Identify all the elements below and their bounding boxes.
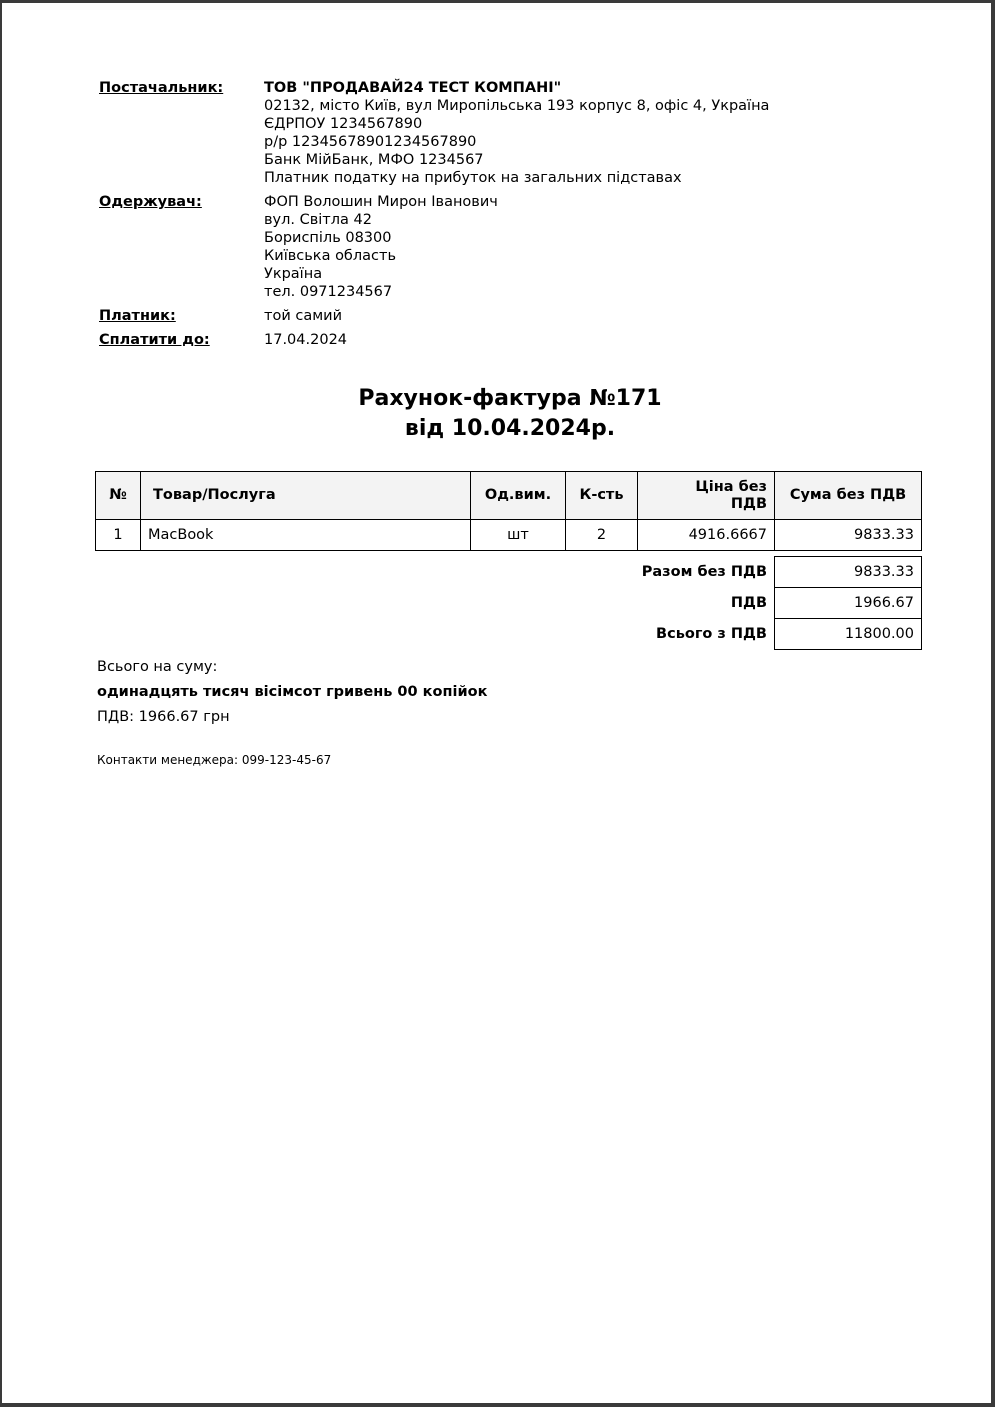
items-table: № Товар/Послуга Од.вим. К-сть Ціна без П… — [95, 471, 922, 551]
recipient-phone: тел. 0971234567 — [264, 283, 919, 301]
pay-until-value: 17.04.2024 — [264, 331, 919, 349]
col-price-label: Ціна без ПДВ — [687, 479, 767, 513]
supplier-account: р/р 12345678901234567890 — [264, 133, 919, 151]
total-row-subtotal: Разом без ПДВ 9833.33 — [602, 557, 922, 588]
pay-until-row: Сплатити до: 17.04.2024 — [99, 331, 919, 349]
supplier-edrpou: ЄДРПОУ 1234567890 — [264, 115, 919, 133]
total-row-vat: ПДВ 1966.67 — [602, 588, 922, 619]
recipient-label: Одержувач: — [99, 193, 264, 301]
supplier-name: ТОВ "ПРОДАВАЙ24 ТЕСТ КОМПАНІ" — [264, 79, 919, 97]
supplier-address: 02132, місто Київ, вул Миропільська 193 … — [264, 97, 919, 115]
grand-total-label: Всього з ПДВ — [602, 619, 775, 650]
recipient-region: Київська область — [264, 247, 919, 265]
summary-amount-words: одинадцять тисяч вісімсот гривень 00 коп… — [97, 680, 487, 705]
recipient-details: ФОП Волошин Мирон Іванович вул. Світла 4… — [264, 193, 919, 301]
total-row-grand: Всього з ПДВ 11800.00 — [602, 619, 922, 650]
invoice-title: Рахунок-фактура №171 від 10.04.2024р. — [99, 384, 921, 444]
invoice-date: від 10.04.2024р. — [99, 414, 921, 444]
vat-value: 1966.67 — [775, 588, 922, 619]
summary-label: Всього на суму: — [97, 655, 487, 680]
row-product: MacBook — [141, 520, 471, 551]
vat-label: ПДВ — [602, 588, 775, 619]
recipient-country: Україна — [264, 265, 919, 283]
totals-table: Разом без ПДВ 9833.33 ПДВ 1966.67 Всього… — [602, 556, 922, 650]
col-unit: Од.вим. — [471, 472, 566, 520]
col-number: № — [96, 472, 141, 520]
col-sum: Сума без ПДВ — [775, 472, 922, 520]
summary-vat: ПДВ: 1966.67 грн — [97, 705, 487, 730]
manager-contact: Контакти менеджера: 099-123-45-67 — [97, 753, 331, 767]
subtotal-label: Разом без ПДВ — [602, 557, 775, 588]
col-price: Ціна без ПДВ — [638, 472, 775, 520]
col-product: Товар/Послуга — [141, 472, 471, 520]
recipient-row: Одержувач: ФОП Волошин Мирон Іванович ву… — [99, 193, 919, 301]
row-number: 1 — [96, 520, 141, 551]
table-row: 1 MacBook шт 2 4916.6667 9833.33 — [96, 520, 922, 551]
supplier-details: ТОВ "ПРОДАВАЙ24 ТЕСТ КОМПАНІ" 02132, міс… — [264, 79, 919, 187]
recipient-name: ФОП Волошин Мирон Іванович — [264, 193, 919, 211]
items-header-row: № Товар/Послуга Од.вим. К-сть Ціна без П… — [96, 472, 922, 520]
row-unit: шт — [471, 520, 566, 551]
col-quantity: К-сть — [566, 472, 638, 520]
payer-label: Платник: — [99, 307, 264, 325]
payer-value: той самий — [264, 307, 919, 325]
grand-total-value: 11800.00 — [775, 619, 922, 650]
recipient-street: вул. Світла 42 — [264, 211, 919, 229]
payer-row: Платник: той самий — [99, 307, 919, 325]
row-sum: 9833.33 — [775, 520, 922, 551]
recipient-city: Бориспіль 08300 — [264, 229, 919, 247]
supplier-label: Постачальник: — [99, 79, 264, 187]
row-price: 4916.6667 — [638, 520, 775, 551]
pay-until-label: Сплатити до: — [99, 331, 264, 349]
supplier-tax-status: Платник податку на прибуток на загальних… — [264, 169, 919, 187]
summary-section: Всього на суму: одинадцять тисяч вісімсо… — [97, 655, 487, 730]
row-quantity: 2 — [566, 520, 638, 551]
invoice-number: Рахунок-фактура №171 — [99, 384, 921, 414]
invoice-page: Постачальник: ТОВ "ПРОДАВАЙ24 ТЕСТ КОМПА… — [2, 3, 991, 1403]
supplier-row: Постачальник: ТОВ "ПРОДАВАЙ24 ТЕСТ КОМПА… — [99, 79, 919, 187]
parties-section: Постачальник: ТОВ "ПРОДАВАЙ24 ТЕСТ КОМПА… — [99, 79, 919, 355]
supplier-bank: Банк МійБанк, МФО 1234567 — [264, 151, 919, 169]
subtotal-value: 9833.33 — [775, 557, 922, 588]
